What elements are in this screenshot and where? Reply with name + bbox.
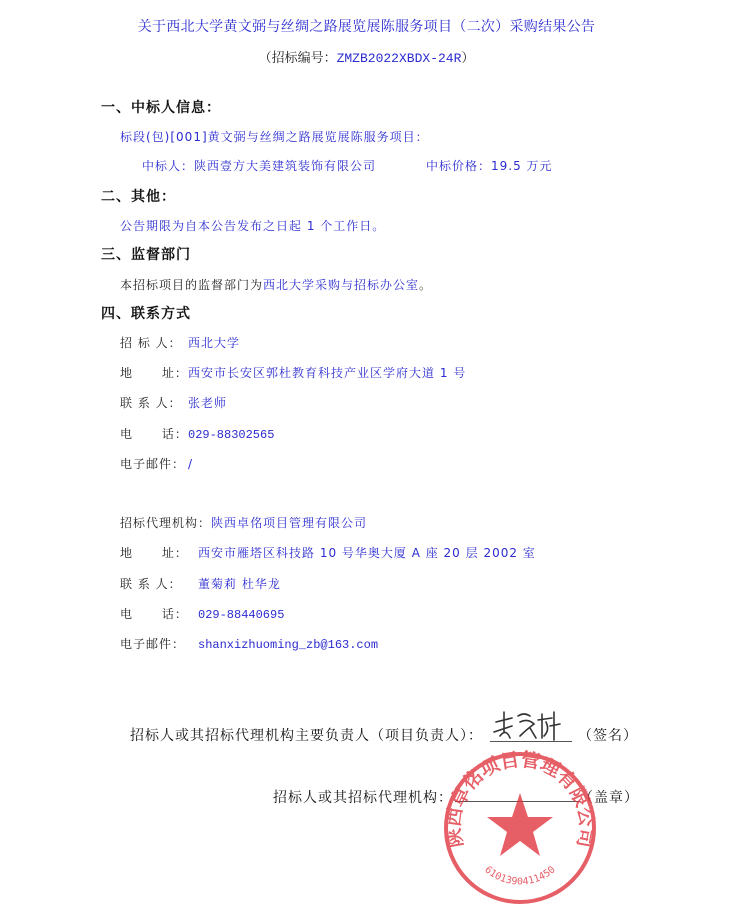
signer-label: 招标人或其招标代理机构主要负责人（项目负责人）： bbox=[130, 725, 483, 745]
agency-contact-row: 联 系 人：董菊莉 杜华龙 bbox=[120, 575, 281, 592]
agency-phone: 029-88440695 bbox=[198, 608, 284, 622]
agency-address-row: 地 址：西安市雁塔区科技路 10 号华奥大厦 A 座 20 层 2002 室 bbox=[120, 544, 536, 561]
purchaser-phone-label: 电 话： bbox=[120, 425, 188, 442]
purchaser-phone: 029-88302565 bbox=[188, 428, 274, 442]
company-seal-icon: 陕西卓佲项目管理有限公司 6101390411450 bbox=[441, 749, 599, 907]
handwritten-signature bbox=[490, 708, 570, 742]
agency-address: 西安市雁塔区科技路 10 号华奥大厦 A 座 20 层 2002 室 bbox=[198, 546, 536, 560]
section-heading-winner: 一、中标人信息： bbox=[101, 97, 221, 117]
purchaser-contact: 张老师 bbox=[188, 396, 227, 410]
purchaser-email: / bbox=[188, 457, 193, 471]
price-line: 中标价格：19.5 万元 bbox=[426, 157, 553, 174]
section-heading-other: 二、其他： bbox=[101, 186, 176, 206]
page-title: 关于西北大学黄文弼与丝绸之路展览展陈服务项目（二次）采购结果公告 bbox=[0, 16, 733, 36]
purchaser-name-label: 招 标 人： bbox=[120, 334, 188, 351]
price-value: 19.5 万元 bbox=[491, 159, 553, 173]
tender-number: ZMZB2022XBDX-24R bbox=[337, 51, 462, 66]
signature-suffix: （签名） bbox=[578, 725, 638, 745]
purchaser-name: 西北大学 bbox=[188, 336, 240, 350]
supervision-suffix: 。 bbox=[419, 278, 432, 292]
subtitle-suffix: ） bbox=[461, 51, 474, 66]
agency-email: shanxizhuoming_zb@163.com bbox=[198, 638, 378, 652]
agency-name-label: 招标代理机构： bbox=[120, 514, 211, 531]
purchaser-phone-row: 电 话：029-88302565 bbox=[120, 425, 274, 442]
purchaser-email-label: 电子邮件： bbox=[120, 455, 188, 472]
subtitle-prefix: （招标编号： bbox=[259, 51, 337, 66]
purchaser-name-row: 招 标 人：西北大学 bbox=[120, 334, 240, 351]
purchaser-address-row: 地 址：西安市长安区郭杜教育科技产业区学府大道 1 号 bbox=[120, 364, 466, 381]
agency-email-row: 电子邮件：shanxizhuoming_zb@163.com bbox=[120, 635, 378, 652]
notice-period-text: 公告期限为自本公告发布之日起 1 个工作日。 bbox=[120, 217, 385, 234]
agency-contact-label: 联 系 人： bbox=[120, 575, 198, 592]
section-heading-contact: 四、联系方式 bbox=[101, 303, 191, 323]
winner-line: 中标人：陕西壹方大美建筑装饰有限公司 bbox=[142, 157, 376, 174]
agency-name: 陕西卓佲项目管理有限公司 bbox=[211, 516, 367, 530]
supervision-dept: 西北大学采购与招标办公室 bbox=[263, 278, 419, 292]
agency-contact: 董菊莉 杜华龙 bbox=[198, 577, 281, 591]
lot-text: 标段(包)[001]黄文弼与丝绸之路展览展陈服务项目： bbox=[120, 128, 429, 145]
agency-phone-label: 电 话： bbox=[120, 605, 198, 622]
seal-number: 6101390411450 bbox=[482, 864, 557, 887]
agency-phone-row: 电 话：029-88440695 bbox=[120, 605, 284, 622]
purchaser-contact-label: 联 系 人： bbox=[120, 394, 188, 411]
tender-number-line: （招标编号：ZMZB2022XBDX-24R） bbox=[0, 47, 733, 66]
agency-email-label: 电子邮件： bbox=[120, 635, 198, 652]
supervision-prefix: 本招标项目的监督部门为 bbox=[120, 278, 263, 292]
agency-address-label: 地 址： bbox=[120, 544, 198, 561]
stamp-label: 招标人或其招标代理机构： bbox=[273, 787, 453, 807]
winner-label: 中标人： bbox=[142, 159, 194, 173]
purchaser-email-row: 电子邮件：/ bbox=[120, 455, 193, 472]
winner-name: 陕西壹方大美建筑装饰有限公司 bbox=[194, 159, 376, 173]
section-heading-supervision: 三、监督部门 bbox=[101, 244, 191, 264]
purchaser-address: 西安市长安区郭杜教育科技产业区学府大道 1 号 bbox=[188, 366, 466, 380]
purchaser-address-label: 地 址： bbox=[120, 364, 188, 381]
svg-text:6101390411450: 6101390411450 bbox=[482, 864, 557, 887]
purchaser-contact-row: 联 系 人：张老师 bbox=[120, 394, 227, 411]
supervision-text: 本招标项目的监督部门为西北大学采购与招标办公室。 bbox=[120, 276, 432, 293]
price-label: 中标价格： bbox=[426, 159, 491, 173]
agency-name-row: 招标代理机构：陕西卓佲项目管理有限公司 bbox=[120, 514, 367, 531]
